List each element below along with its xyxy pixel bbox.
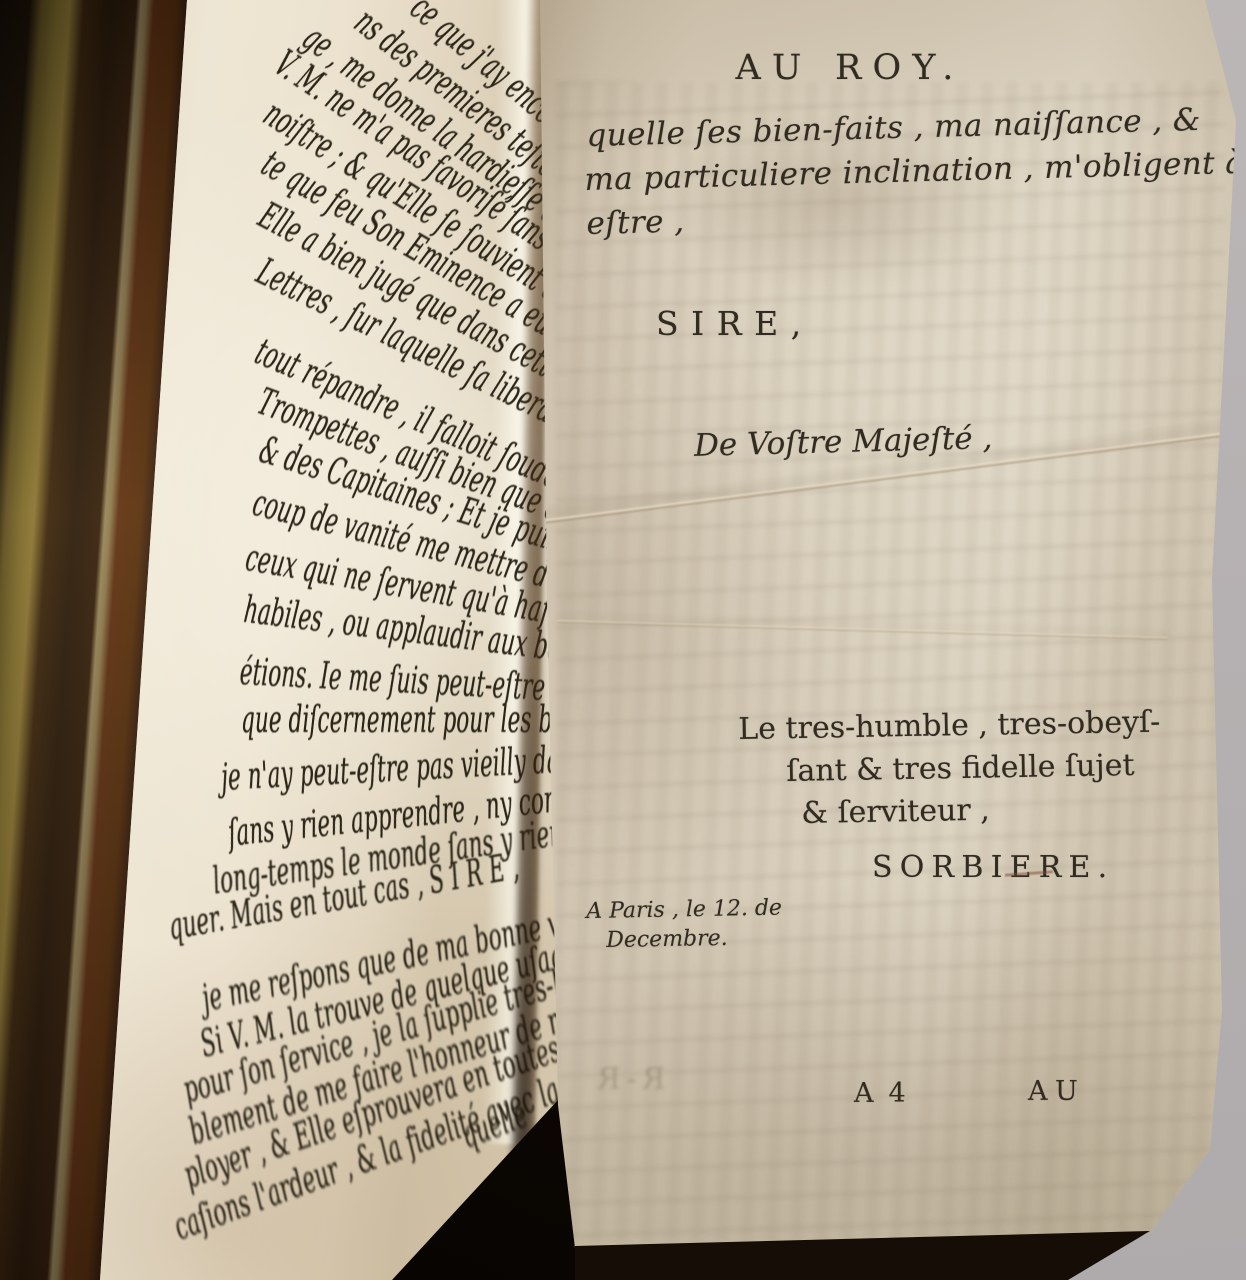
signature: SORBIERE. [872, 850, 1114, 885]
book-photo: ce que j'ay encons des premieres teſtes … [0, 0, 1246, 1280]
dedication-line: eſtre , [586, 203, 685, 242]
dateline-line: Decembre. [606, 926, 728, 953]
dateline-line: A Paris , le 12. de [586, 896, 782, 924]
closing-line: Le tres-humble , tres-obeyſ- [738, 705, 1161, 747]
catchword: AU [1028, 1076, 1085, 1107]
closing-line: & ſerviteur , [801, 793, 990, 831]
closing-line: ſant & tres fidelle ſujet [786, 748, 1135, 789]
page-heading: AU ROY. [700, 48, 1000, 88]
salutation: SIRE, [656, 304, 814, 343]
signature-mark: A 4 [854, 1078, 909, 1109]
show-through-mark: R-R [592, 1062, 665, 1097]
